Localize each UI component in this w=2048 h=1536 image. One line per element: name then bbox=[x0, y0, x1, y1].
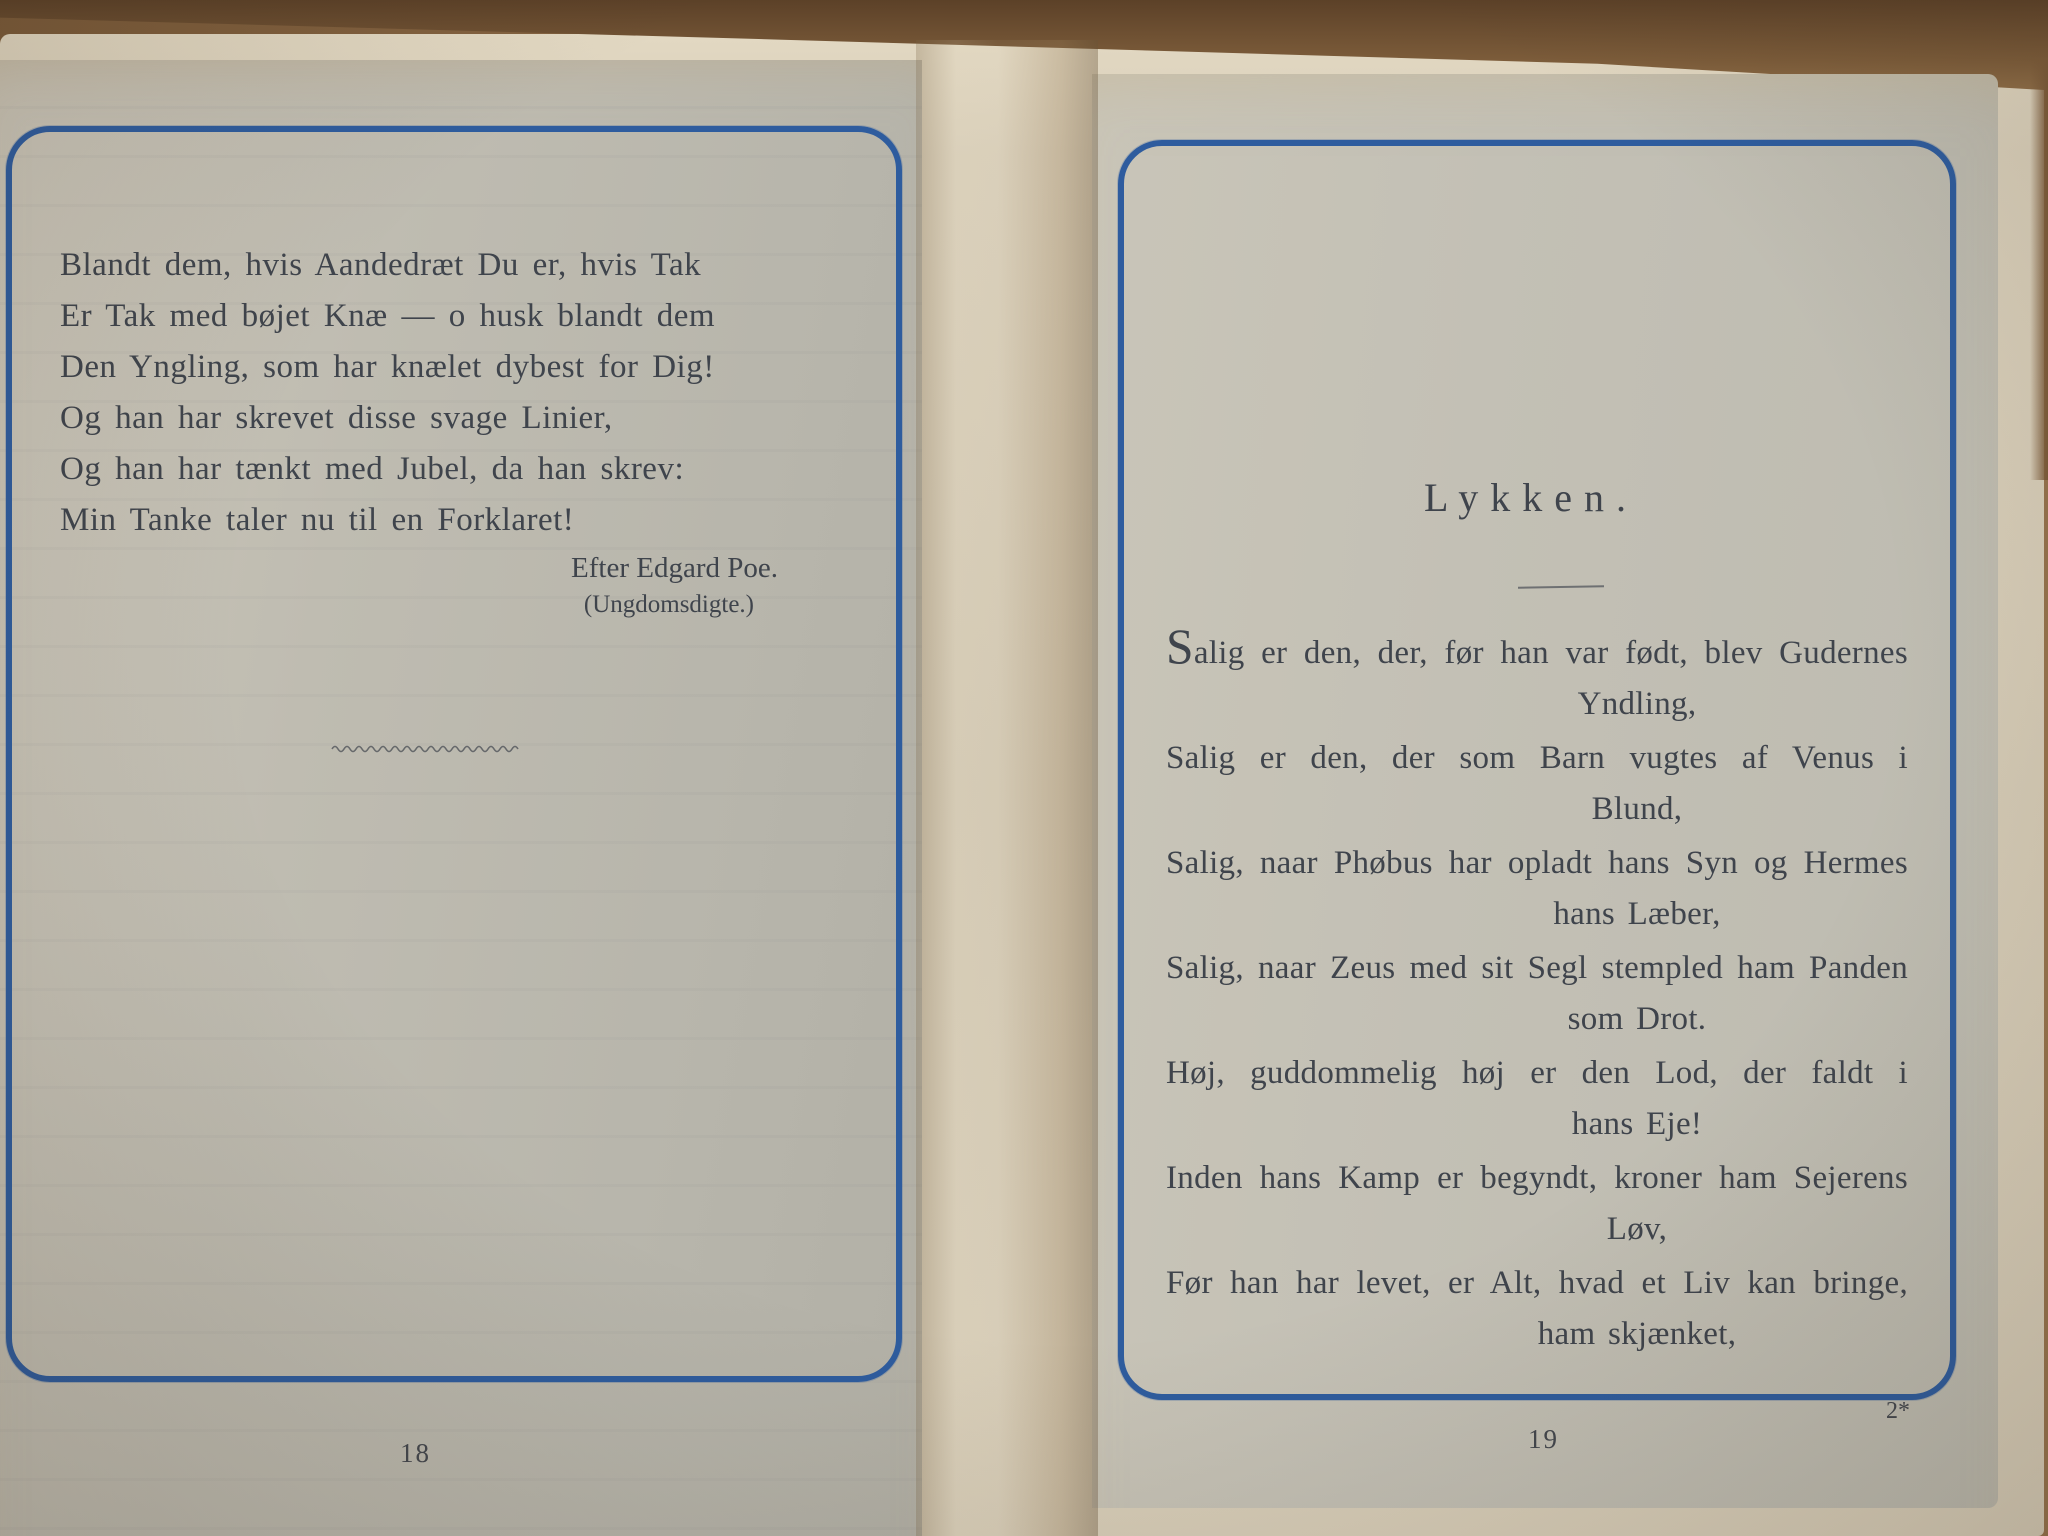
poem-line: Før han har levet, er Alt, hvad et Liv k… bbox=[1166, 1258, 1908, 1309]
poem-line: Høj, guddommelig høj er den Lod, der fal… bbox=[1166, 1048, 1908, 1099]
right-poem: Salig er den, der, før han var født, ble… bbox=[1166, 628, 1908, 1363]
attribution-note: (Ungdomsdigte.) bbox=[60, 591, 850, 619]
poem-line-continuation: Løv, bbox=[1166, 1204, 1908, 1255]
poem-line: Salig, naar Zeus med sit Segl stempled h… bbox=[1166, 943, 1908, 994]
poem-line: Salig er den, der som Barn vugtes af Ven… bbox=[1166, 733, 1908, 784]
poem-line-continuation: hans Læber, bbox=[1166, 889, 1908, 940]
poem-line: Den Yngling, som har knælet dybest for D… bbox=[60, 342, 850, 393]
right-page-number: 19 bbox=[1528, 1424, 1559, 1455]
left-poem: Blandt dem, hvis Aandedræt Du er, hvis T… bbox=[60, 240, 850, 546]
book-gutter bbox=[916, 40, 1098, 1536]
poem-line-continuation: hans Eje! bbox=[1166, 1099, 1908, 1150]
poem-line: Salig er den, der, før han var født, ble… bbox=[1166, 628, 1908, 679]
poem-line: Salig, naar Phøbus har opladt hans Syn o… bbox=[1166, 838, 1908, 889]
book-photo: Blandt dem, hvis Aandedræt Du er, hvis T… bbox=[0, 0, 2048, 1536]
poem-line-continuation: Blund, bbox=[1166, 784, 1908, 835]
left-page-number: 18 bbox=[400, 1438, 431, 1469]
poem-line: Og han har tænkt med Jubel, da han skrev… bbox=[60, 444, 850, 495]
attribution-block: Efter Edgard Poe. (Ungdomsdigte.) bbox=[60, 552, 850, 619]
poem-line: Er Tak med bøjet Knæ — o husk blandt dem bbox=[60, 291, 850, 342]
signature-mark: 2* bbox=[1886, 1398, 1910, 1425]
poem-line: Og han har skrevet disse svage Linier, bbox=[60, 393, 850, 444]
poem-line-continuation: som Drot. bbox=[1166, 994, 1908, 1045]
book-cover-right-edge bbox=[2030, 60, 2048, 480]
poem-line-continuation: ham skjænket, bbox=[1166, 1309, 1908, 1360]
poem-title: Lykken. bbox=[1118, 474, 1944, 521]
poem-line: Inden hans Kamp er begyndt, kroner ham S… bbox=[1166, 1153, 1908, 1204]
poem-line: Min Tanke taler nu til en Forklaret! bbox=[60, 495, 850, 546]
poem-line-continuation: Yndling, bbox=[1166, 679, 1908, 730]
squiggle-divider-icon bbox=[330, 742, 520, 756]
poem-line: Blandt dem, hvis Aandedræt Du er, hvis T… bbox=[60, 240, 850, 291]
attribution: Efter Edgard Poe. bbox=[60, 552, 850, 585]
